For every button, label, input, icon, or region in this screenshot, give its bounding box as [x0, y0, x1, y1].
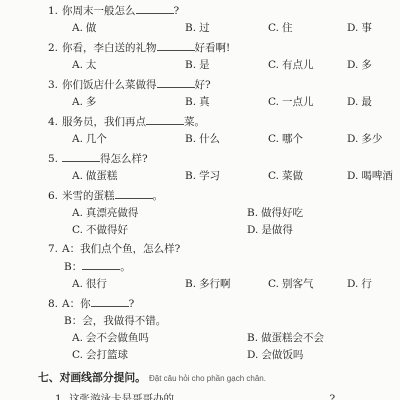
options-row: A.多B.真C.一点儿D.最 — [72, 94, 400, 111]
option-text: 有点儿 — [282, 59, 314, 71]
option: C.会打篮球 — [72, 347, 247, 364]
option: B.什么 — [185, 131, 268, 148]
option: A.做 — [72, 20, 185, 37]
option-letter: B. — [247, 207, 258, 219]
item-sentence: 这张游泳卡是哥哥办的。 — [69, 393, 185, 400]
question-item: 4.服务员，我们再点菜。A.几个B.什么C.哪个D.多少 — [48, 113, 400, 148]
option: B.是 — [185, 57, 268, 74]
question-item: 6.米雪的蛋糕。A.真漂亮做得B.做得好吃C.不做得好D.是做得 — [48, 187, 400, 239]
worksheet-page: 1.你周末一般怎么?A.做B.过C.住D.事2.你看，李白送的礼物好看啊!A.太… — [0, 0, 400, 400]
stem-text: 好看啊! — [195, 42, 231, 54]
option-letter: D. — [347, 278, 358, 290]
blank-line — [157, 76, 195, 88]
section-title: 七、对画线部分提问。 — [38, 371, 146, 384]
question-number: 1. — [48, 5, 58, 17]
option-text: 真 — [199, 96, 210, 108]
question-number: 5. — [48, 153, 58, 165]
option-text: 多 — [361, 59, 372, 71]
option-letter: B. — [185, 170, 196, 182]
option-letter: D. — [347, 133, 358, 145]
answer-line — [187, 390, 330, 400]
item-number: 1. — [55, 393, 65, 400]
option-text: 过 — [199, 22, 210, 34]
question-stem: 5.得怎么样? — [48, 150, 400, 168]
option-letter: A. — [72, 332, 83, 344]
option: C.菜做 — [268, 168, 347, 185]
option: D.多少 — [347, 131, 400, 148]
option: D.最 — [347, 94, 400, 111]
option-text: 不做得好 — [86, 224, 128, 236]
option: D.会做饭吗 — [247, 347, 400, 364]
option-letter: B. — [247, 332, 258, 344]
option-letter: D. — [347, 22, 358, 34]
speaker-label: A： — [62, 243, 80, 255]
stem-text: 办的。 — [153, 393, 185, 400]
option: D.事 — [347, 20, 400, 37]
option: A.做蛋糕 — [72, 168, 185, 185]
stem-text: ? — [129, 298, 135, 310]
option-text: 一点儿 — [282, 96, 314, 108]
option-letter: C. — [72, 349, 83, 361]
question-number: 8. — [48, 298, 58, 310]
option: B.做得好吃 — [247, 205, 400, 222]
option: C.有点儿 — [268, 57, 347, 74]
option: B.做蛋糕会不会 — [247, 330, 400, 347]
blank-line — [136, 2, 174, 14]
stem-text: 服务员，我们再点 — [62, 116, 146, 128]
option-text: 真漂亮做得 — [86, 207, 139, 219]
option-text: 做蛋糕会不会 — [261, 332, 324, 344]
option-text: 几个 — [86, 133, 107, 145]
question-stem: 4.服务员，我们再点菜。 — [48, 113, 400, 131]
option: D.多 — [347, 57, 400, 74]
stem-text: 我们点个鱼，怎么样? — [80, 243, 180, 255]
multiple-choice-section: 1.你周末一般怎么?A.做B.过C.住D.事2.你看，李白送的礼物好看啊!A.太… — [38, 2, 400, 364]
option: A.很行 — [72, 276, 185, 293]
question-item: 8.A：你?B：会，我做得不错。A.会不会做鱼吗B.做蛋糕会不会C.会打篮球D.… — [48, 295, 400, 364]
option: B.真 — [185, 94, 268, 111]
option-letter: D. — [247, 349, 258, 361]
speaker-label: A： — [62, 298, 80, 310]
question-number: 7. — [48, 243, 58, 255]
option-letter: C. — [268, 59, 279, 71]
option-text: 太 — [86, 59, 97, 71]
stem-text: 你周末一般怎么 — [62, 5, 136, 17]
option-letter: D. — [347, 96, 358, 108]
option: A.会不会做鱼吗 — [72, 330, 247, 347]
option-letter: C. — [72, 224, 83, 236]
option-text: 多少 — [361, 133, 382, 145]
dialog-line: B：。 — [48, 258, 400, 276]
options-row: A.真漂亮做得B.做得好吃C.不做得好D.是做得 — [72, 205, 400, 239]
question-item: 5.得怎么样?A.做蛋糕B.学习C.菜做D.喝啤酒 — [48, 150, 400, 185]
option: A.太 — [72, 57, 185, 74]
option-letter: D. — [247, 224, 258, 236]
option-letter: A. — [72, 170, 83, 182]
option-text: 喝啤酒 — [361, 170, 393, 182]
option: B.过 — [185, 20, 268, 37]
question-item: 1.你周末一般怎么?A.做B.过C.住D.事 — [48, 2, 400, 37]
option: D.行 — [347, 276, 400, 293]
option: B.学习 — [185, 168, 268, 185]
stem-text: 会，我做得不错。 — [82, 315, 166, 327]
question-mark: ? — [330, 393, 336, 400]
dialog-line: 8.A：你? — [48, 295, 400, 313]
option: C.一点儿 — [268, 94, 347, 111]
option: A.几个 — [72, 131, 185, 148]
option: B.多行啊 — [185, 276, 268, 293]
stem-text: 菜。 — [184, 116, 205, 128]
option-text: 是 — [199, 59, 210, 71]
option-letter: B. — [185, 278, 196, 290]
exercise-item: 1.这张游泳卡是哥哥办的。? — [55, 390, 400, 400]
stem-text: 米雪的蛋糕 — [62, 190, 115, 202]
option-text: 很行 — [86, 278, 107, 290]
stem-text: 好? — [195, 79, 211, 91]
option-text: 学习 — [199, 170, 220, 182]
option-letter: D. — [347, 170, 358, 182]
option-letter: B. — [185, 59, 196, 71]
blank-line — [115, 187, 153, 199]
option: C.不做得好 — [72, 222, 247, 239]
option-letter: A. — [72, 133, 83, 145]
options-row: A.几个B.什么C.哪个D.多少 — [72, 131, 400, 148]
option: A.多 — [72, 94, 185, 111]
question-number: 6. — [48, 190, 58, 202]
options-row: A.会不会做鱼吗B.做蛋糕会不会C.会打篮球D.会做饭吗 — [72, 330, 400, 364]
dialog-line: 7.A：我们点个鱼，怎么样? — [48, 241, 400, 258]
option-letter: C. — [268, 278, 279, 290]
stem-text: 你 — [80, 298, 91, 310]
stem-text: 你们饭店什么菜做得 — [62, 79, 157, 91]
option-letter: C. — [268, 133, 279, 145]
option-letter: D. — [347, 59, 358, 71]
blank-line — [62, 150, 100, 162]
options-row: A.很行B.多行啊C.别客气D.行 — [72, 276, 400, 293]
stem-text: 这张游泳卡是 — [69, 393, 132, 400]
stem-text: ? — [174, 5, 180, 17]
option: C.哪个 — [268, 131, 347, 148]
option-text: 最 — [361, 96, 372, 108]
speaker-label: B： — [64, 261, 82, 273]
stem-text: 。 — [153, 190, 164, 202]
option-letter: A. — [72, 59, 83, 71]
option-letter: A. — [72, 278, 83, 290]
option-text: 会打篮球 — [86, 349, 128, 361]
stem-text: 。 — [120, 261, 131, 273]
option-text: 会做饭吗 — [261, 349, 303, 361]
option: C.住 — [268, 20, 347, 37]
option-text: 别客气 — [282, 278, 314, 290]
option-text: 什么 — [199, 133, 220, 145]
option-text: 菜做 — [282, 170, 303, 182]
dialog-line: B：会，我做得不错。 — [48, 313, 400, 330]
question-number: 3. — [48, 79, 58, 91]
section-seven: 七、对画线部分提问。Đặt câu hỏi cho phần gạch chân… — [38, 370, 400, 400]
question-item: 7.A：我们点个鱼，怎么样?B：。A.很行B.多行啊C.别客气D.行 — [48, 241, 400, 293]
option-letter: C. — [268, 96, 279, 108]
option-text: 行 — [361, 278, 372, 290]
question-stem: 3.你们饭店什么菜做得好? — [48, 76, 400, 94]
blank-line — [82, 258, 120, 270]
blank-line — [91, 295, 129, 307]
section-title-translation: Đặt câu hỏi cho phần gạch chân. — [149, 374, 266, 383]
section-title-row: 七、对画线部分提问。Đặt câu hỏi cho phần gạch chân… — [38, 370, 400, 387]
option-letter: A. — [72, 207, 83, 219]
option-text: 事 — [361, 22, 372, 34]
option-text: 是做得 — [261, 224, 293, 236]
option-text: 会不会做鱼吗 — [86, 332, 149, 344]
question-item: 2.你看，李白送的礼物好看啊!A.太B.是C.有点儿D.多 — [48, 39, 400, 74]
option-text: 住 — [282, 22, 293, 34]
stem-text: 得怎么样? — [100, 153, 148, 165]
option-letter: B. — [185, 96, 196, 108]
options-row: A.做蛋糕B.学习C.菜做D.喝啤酒 — [72, 168, 400, 185]
option: A.真漂亮做得 — [72, 205, 247, 222]
question-number: 2. — [48, 42, 58, 54]
options-row: A.做B.过C.住D.事 — [72, 20, 400, 37]
option: C.别客气 — [268, 276, 347, 293]
option-text: 多行啊 — [199, 278, 231, 290]
option-letter: B. — [185, 22, 196, 34]
question-number: 4. — [48, 116, 58, 128]
option-text: 哪个 — [282, 133, 303, 145]
stem-text: 你看，李白送的礼物 — [62, 42, 157, 54]
options-row: A.太B.是C.有点儿D.多 — [72, 57, 400, 74]
option-text: 做得好吃 — [261, 207, 303, 219]
blank-line — [146, 113, 184, 125]
option-letter: C. — [268, 22, 279, 34]
speaker-label: B： — [64, 315, 82, 327]
option: D.是做得 — [247, 222, 400, 239]
option-letter: A. — [72, 22, 83, 34]
option-letter: C. — [268, 170, 279, 182]
question-stem: 1.你周末一般怎么? — [48, 2, 400, 20]
option-text: 做蛋糕 — [86, 170, 118, 182]
option: D.喝啤酒 — [347, 168, 400, 185]
question-item: 3.你们饭店什么菜做得好?A.多B.真C.一点儿D.最 — [48, 76, 400, 111]
blank-line — [157, 39, 195, 51]
option-text: 做 — [86, 22, 97, 34]
option-letter: B. — [185, 133, 196, 145]
question-stem: 2.你看，李白送的礼物好看啊! — [48, 39, 400, 57]
question-stem: 6.米雪的蛋糕。 — [48, 187, 400, 205]
option-text: 多 — [86, 96, 97, 108]
option-letter: A. — [72, 96, 83, 108]
underlined-text: 哥哥 — [132, 393, 153, 400]
